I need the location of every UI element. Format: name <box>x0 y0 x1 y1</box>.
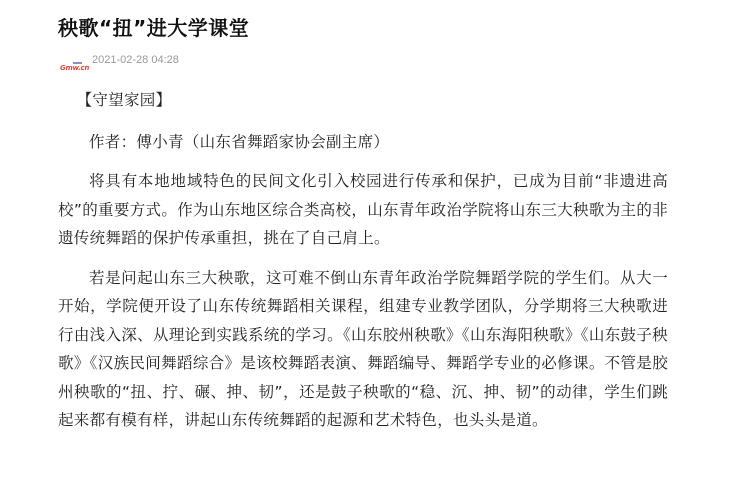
source-logo-text: Gmw.cn <box>60 64 89 72</box>
section-label: 【守望家园】 <box>58 86 668 115</box>
article-body: 【守望家园】 作者：傅小青（山东省舞蹈家协会副主席） 将具有本地地域特色的民间文… <box>58 86 668 435</box>
paragraph: 将具有本地地域特色的民间文化引入校园进行传承和保护，已成为目前“非遗进高校”的重… <box>58 167 668 253</box>
article-title: 秧歌“扭”进大学课堂 <box>58 0 668 42</box>
source-logo-bar <box>73 62 82 64</box>
source-logo-icon[interactable]: Gmw.cn <box>60 55 82 65</box>
paragraph: 若是问起山东三大秧歌，这可难不倒山东青年政治学院舞蹈学院的学生们。从大一开始，学… <box>58 264 668 435</box>
author-line: 作者：傅小青（山东省舞蹈家协会副主席） <box>58 128 668 157</box>
article-meta: Gmw.cn 2021-02-28 04:28 <box>58 52 668 68</box>
publish-date: 2021-02-28 04:28 <box>92 54 179 66</box>
article: 秧歌“扭”进大学课堂 Gmw.cn 2021-02-28 04:28 【守望家园… <box>58 0 668 435</box>
